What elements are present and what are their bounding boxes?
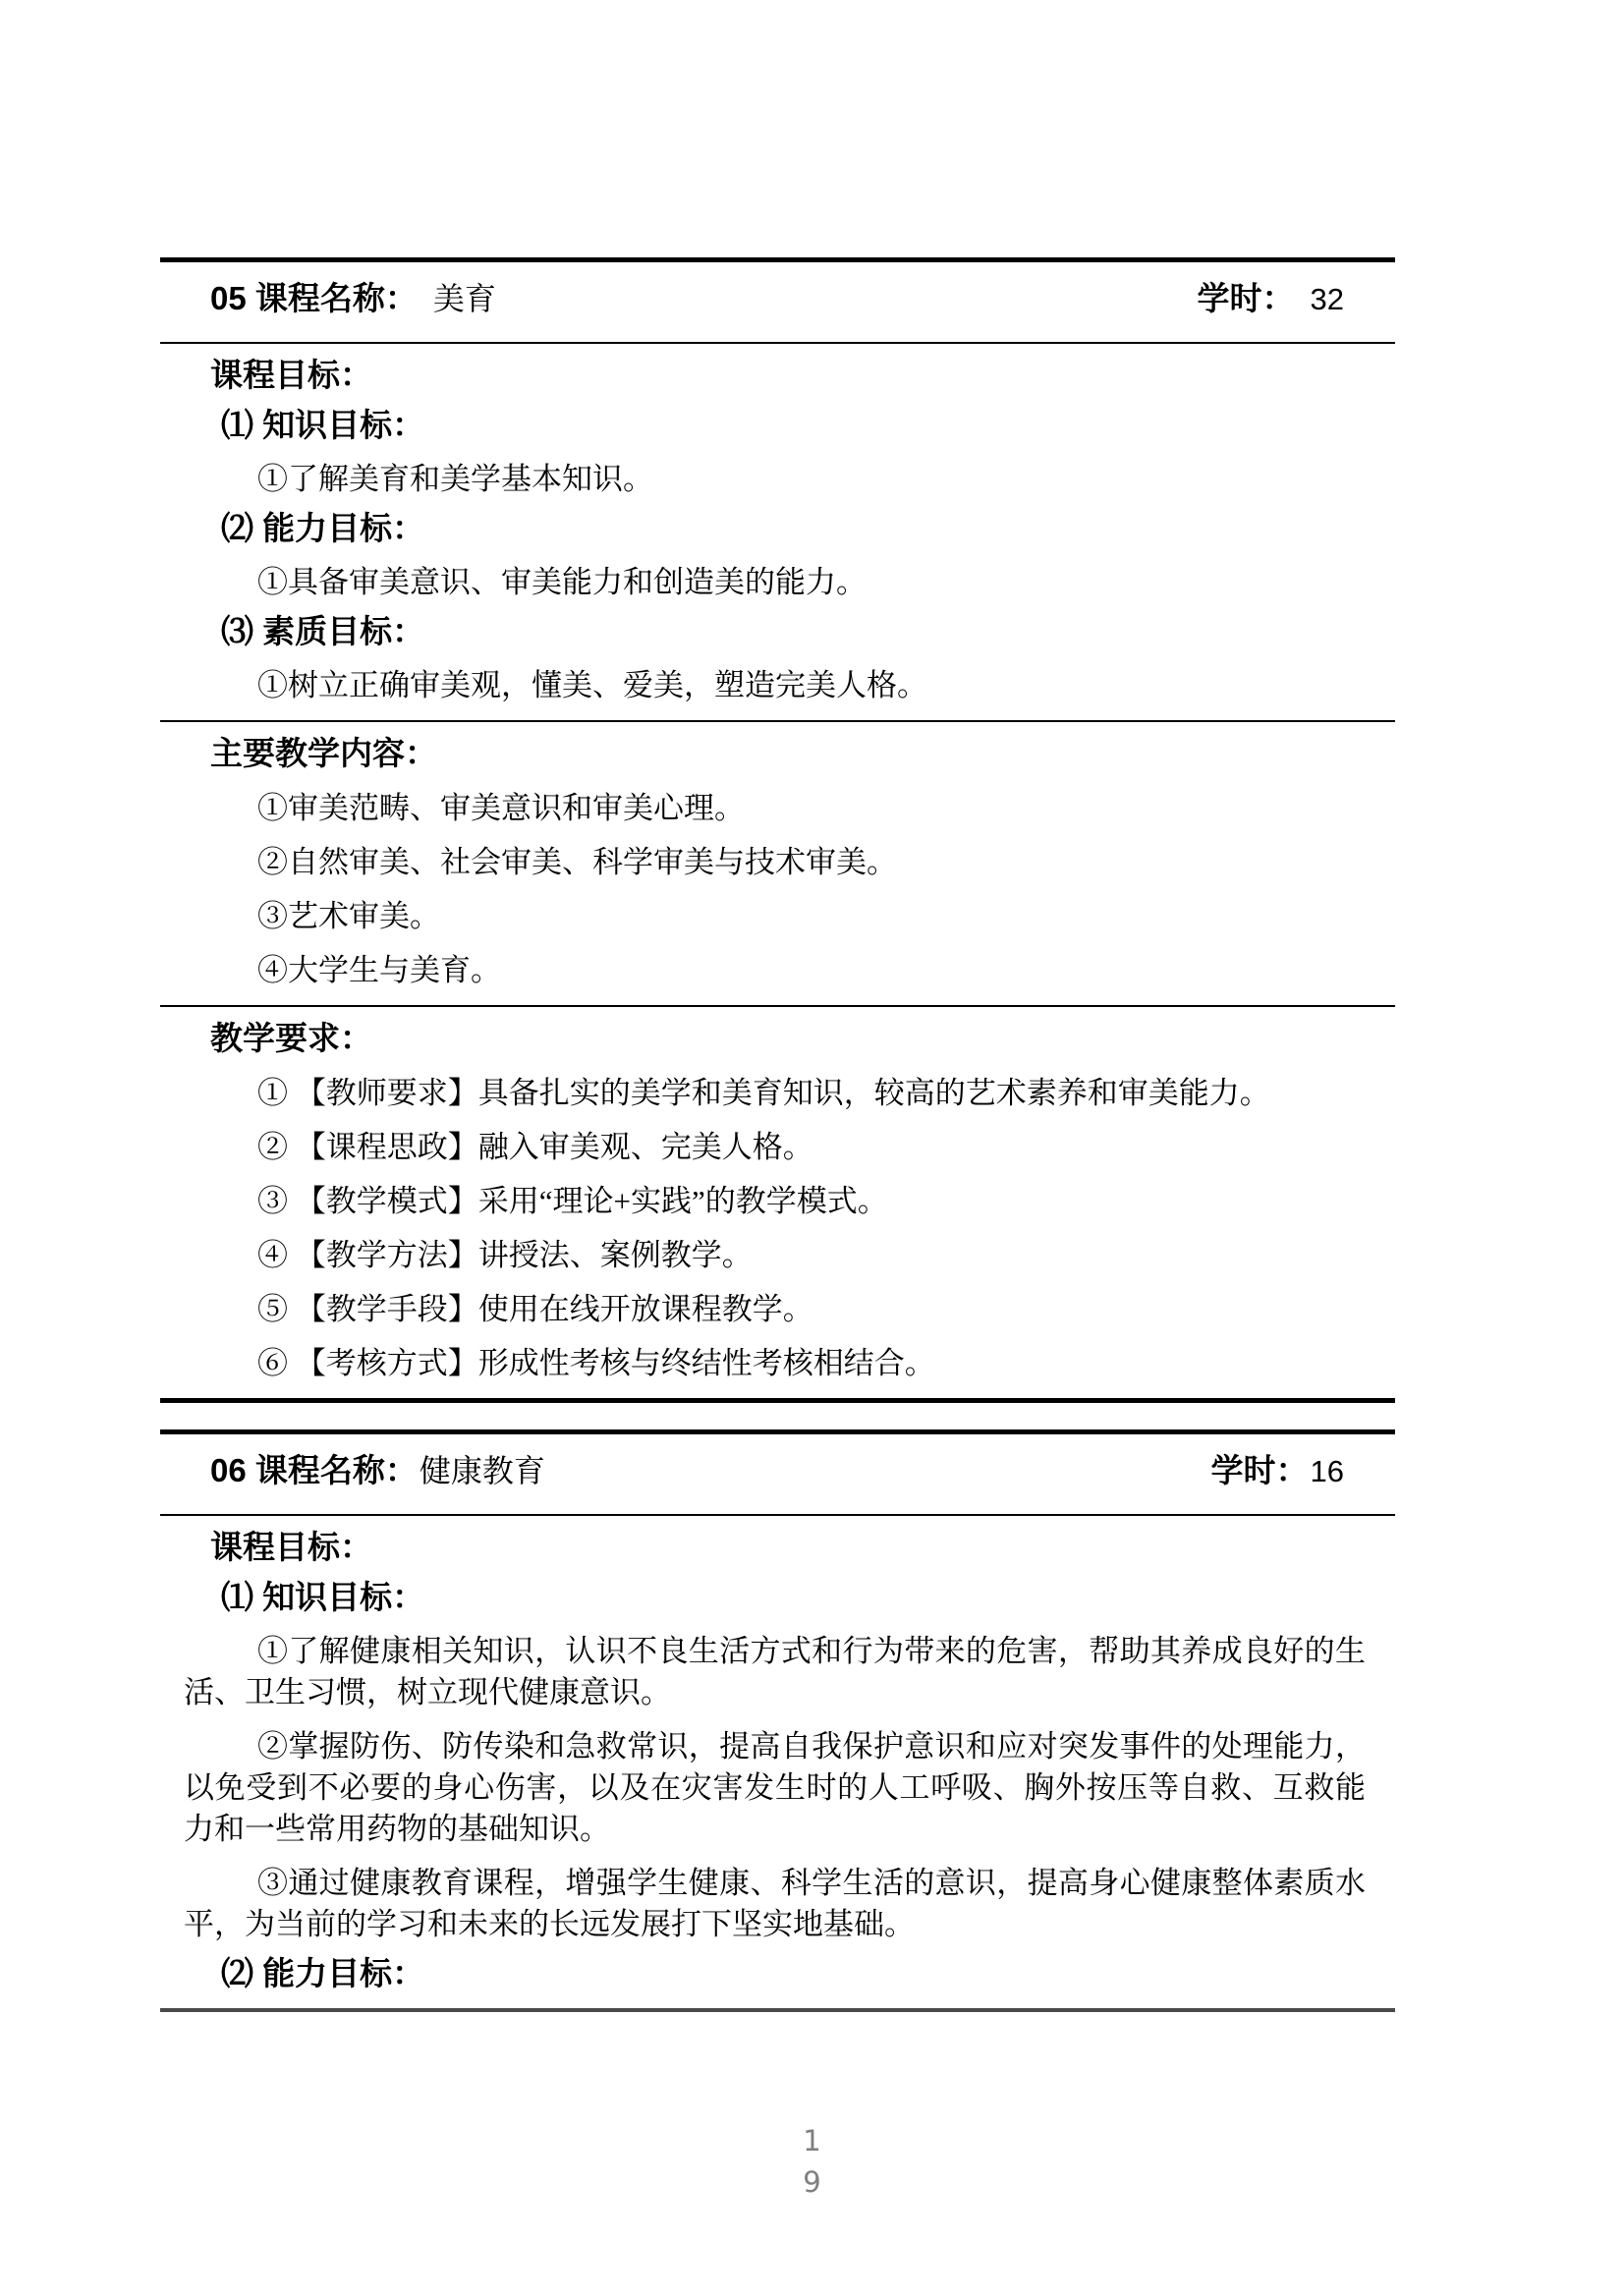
section-paragraph: ①审美范畴、审美意识和审美心理。 xyxy=(184,788,1366,829)
course-name-value: 健康教育 xyxy=(420,1453,545,1488)
section-paragraph: ①具备审美意识、审美能力和创造美的能力。 xyxy=(184,562,1366,603)
course-name-label: 06 课程名称： xyxy=(210,1452,418,1488)
section-subheading: ⑵ 能力目标： xyxy=(221,508,1366,549)
course-05-header-row: 05 课程名称： 美育 学时： 32 xyxy=(160,262,1395,344)
section-paragraph: ② 【课程思政】融入审美观、完美人格。 xyxy=(184,1127,1366,1168)
page-number-top: 1 xyxy=(0,2120,1624,2161)
course-05-title: 05 课程名称： 美育 xyxy=(210,277,496,327)
page-number-bottom: 9 xyxy=(0,2161,1624,2203)
course-hours-value: 16 xyxy=(1311,1454,1344,1488)
course-name-label: 05 课程名称： xyxy=(210,280,418,316)
section-paragraph: ④大学生与美育。 xyxy=(184,950,1366,991)
section-title: 教学要求： xyxy=(210,1017,1366,1060)
course-05-hours: 学时： 32 xyxy=(1198,277,1344,327)
course-05-section-content: 主要教学内容： ①审美范畴、审美意识和审美心理。 ②自然审美、社会审美、科学审美… xyxy=(160,722,1395,1007)
course-06-header-row: 06 课程名称：健康教育 学时：16 xyxy=(160,1434,1395,1516)
section-title: 主要教学内容： xyxy=(210,732,1366,775)
section-paragraph: ③艺术审美。 xyxy=(184,896,1366,937)
section-paragraph: ①了解美育和美学基本知识。 xyxy=(184,459,1366,500)
section-subheading: ⑶ 素质目标： xyxy=(221,611,1366,652)
course-06-section-objectives: 课程目标： ⑴ 知识目标： ①了解健康相关知识，认识不良生活方式和行为带来的危害… xyxy=(160,1516,1395,2008)
course-hours-label: 学时： xyxy=(1198,280,1295,316)
section-subheading: ⑵ 能力目标： xyxy=(221,1953,1366,1994)
course-table-05: 05 课程名称： 美育 学时： 32 课程目标： ⑴ 知识目标： ①了解美育和美… xyxy=(160,257,1395,1403)
section-paragraph: ⑤ 【教学手段】使用在线开放课程教学。 xyxy=(184,1289,1366,1330)
course-06-hours: 学时：16 xyxy=(1211,1449,1344,1499)
course-hours-label: 学时： xyxy=(1211,1452,1309,1488)
section-paragraph: ③ 【教学模式】采用“理论+实践”的教学模式。 xyxy=(184,1181,1366,1222)
section-paragraph: ②自然审美、社会审美、科学审美与技术审美。 xyxy=(184,842,1366,883)
section-paragraph: ⑥ 【考核方式】形成性考核与终结性考核相结合。 xyxy=(184,1343,1366,1384)
section-subheading: ⑴ 知识目标： xyxy=(221,405,1366,446)
section-paragraph: ②掌握防伤、防传染和急救常识，提高自我保护意识和应对突发事件的处理能力，以免受到… xyxy=(184,1726,1366,1850)
section-title: 课程目标： xyxy=(210,354,1366,397)
course-table-06: 06 课程名称：健康教育 学时：16 课程目标： ⑴ 知识目标： ①了解健康相关… xyxy=(160,1429,1395,2012)
section-paragraph: ①了解健康相关知识，认识不良生活方式和行为带来的危害，帮助其养成良好的生活、卫生… xyxy=(184,1631,1366,1713)
course-06-title: 06 课程名称：健康教育 xyxy=(210,1449,545,1499)
course-name-value: 美育 xyxy=(433,281,496,316)
course-05-section-objectives: 课程目标： ⑴ 知识目标： ①了解美育和美学基本知识。 ⑵ 能力目标： ①具备审… xyxy=(160,344,1395,722)
section-paragraph: ③通过健康教育课程，增强学生健康、科学生活的意识，提高身心健康整体素质水平，为当… xyxy=(184,1863,1366,1945)
section-subheading: ⑴ 知识目标： xyxy=(221,1577,1366,1618)
section-title: 课程目标： xyxy=(210,1526,1366,1569)
course-05-section-requirements: 教学要求： ① 【教师要求】具备扎实的美学和美育知识，较高的艺术素养和审美能力。… xyxy=(160,1007,1395,1398)
section-paragraph: ④ 【教学方法】讲授法、案例教学。 xyxy=(184,1235,1366,1276)
section-paragraph: ① 【教师要求】具备扎实的美学和美育知识，较高的艺术素养和审美能力。 xyxy=(184,1073,1366,1114)
document-page: 05 课程名称： 美育 学时： 32 课程目标： ⑴ 知识目标： ①了解美育和美… xyxy=(0,0,1624,2296)
page-footer: 1 9 xyxy=(0,2120,1624,2203)
section-paragraph: ①树立正确审美观，懂美、爱美，塑造完美人格。 xyxy=(184,665,1366,706)
course-hours-value: 32 xyxy=(1311,282,1344,316)
